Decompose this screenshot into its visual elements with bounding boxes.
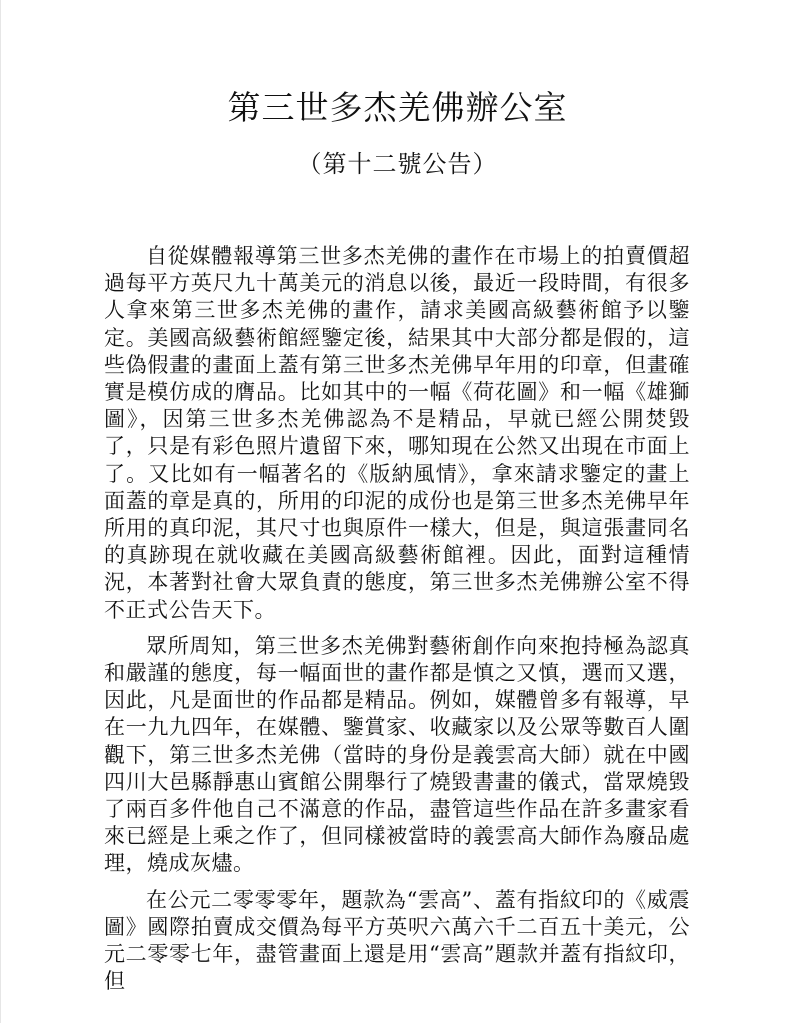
paragraph-2: 眾所周知，第三世多杰羌佛對藝術創作向來抱持極為認真和嚴謹的態度，每一幅面世的畫作… <box>104 633 690 878</box>
document-page: 第三世多杰羌佛辦公室 （第十二號公告） 自從媒體報導第三世多杰羌佛的畫作在市場上… <box>0 0 793 1023</box>
paragraph-3: 在公元二零零零年，題款為“雲高”、蓋有指紋印的《威震圖》國際拍賣成交價為每平方英… <box>104 887 690 996</box>
document-body: 自從媒體報導第三世多杰羌佛的畫作在市場上的拍賣價超過每平方英尺九十萬美元的消息以… <box>104 243 690 1004</box>
document-title: 第三世多杰羌佛辦公室 <box>1 88 793 128</box>
announcement-number: （第十二號公告） <box>1 148 793 180</box>
paragraph-1: 自從媒體報導第三世多杰羌佛的畫作在市場上的拍賣價超過每平方英尺九十萬美元的消息以… <box>104 243 690 624</box>
